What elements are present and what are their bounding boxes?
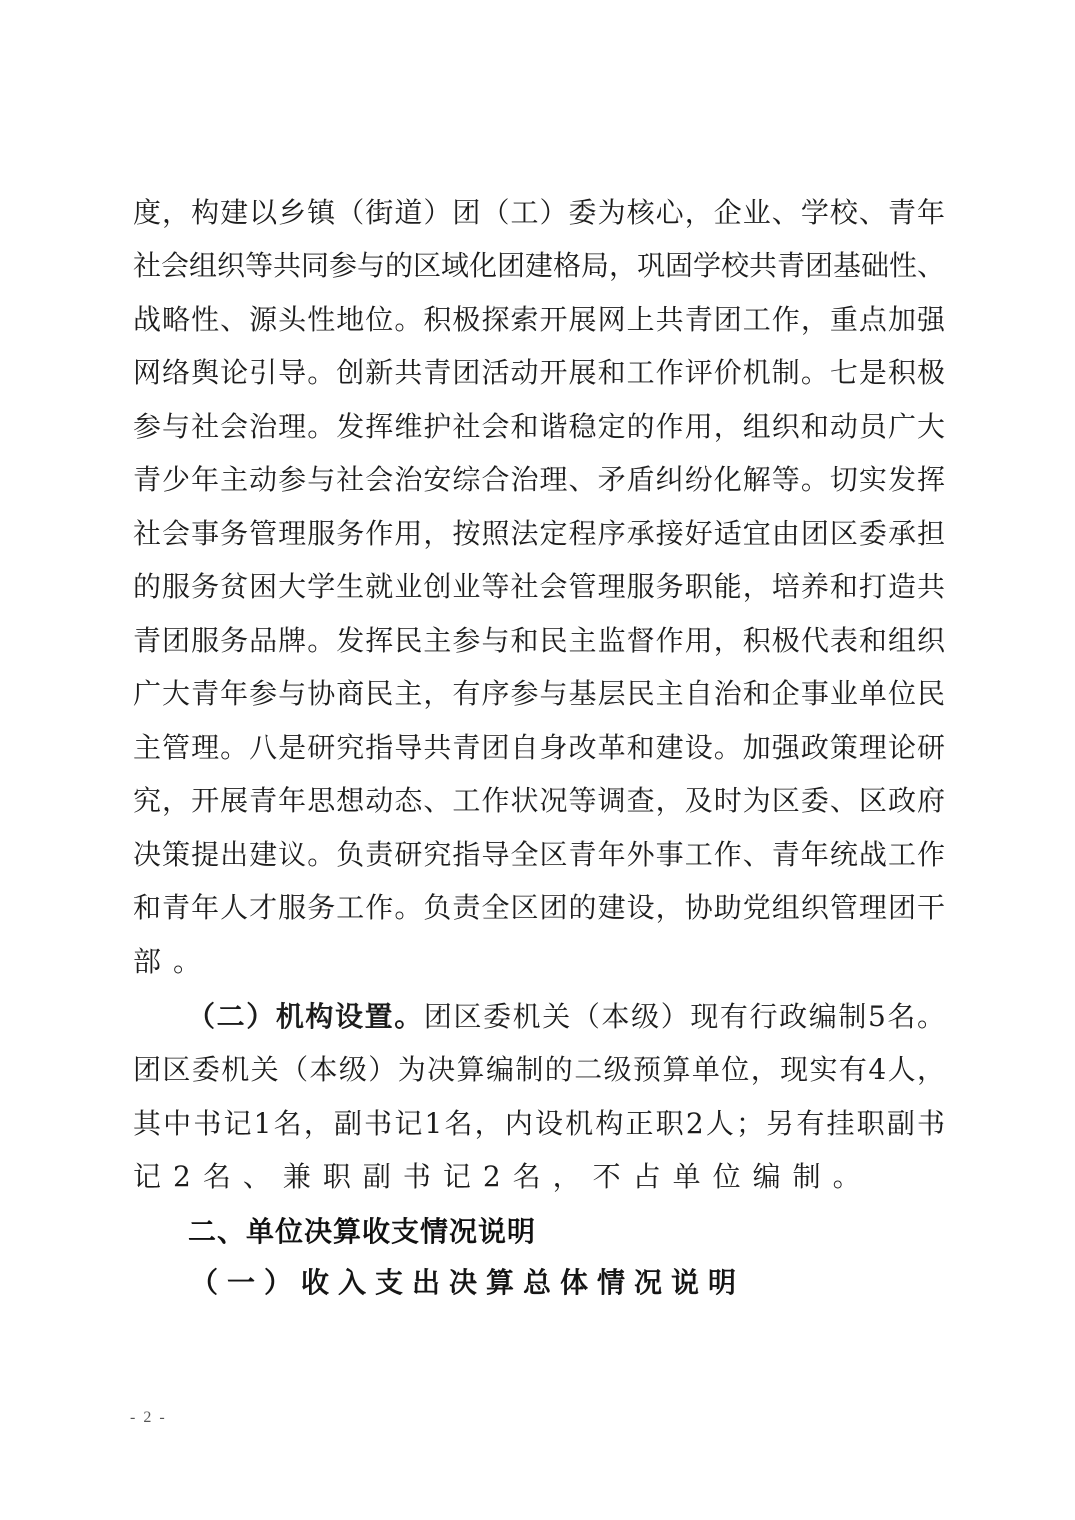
- body-text-line: 战略性、源头性地位。积极探索开展网上共青团工作，重点加强: [133, 300, 945, 340]
- body-text-line: 主管理。八是研究指导共青团自身改革和建设。加强政策理论研: [133, 728, 945, 768]
- page-number: - 2 -: [130, 1406, 167, 1430]
- body-text-line: 广大青年参与协商民主，有序参与基层民主自治和企事业单位民: [133, 674, 945, 714]
- body-text-line: 社会事务管理服务作用，按照法定程序承接好适宜由团区委承担: [133, 514, 945, 554]
- body-text-line: 和青年人才服务工作。负责全区团的建设，协助党组织管理团干: [133, 888, 945, 928]
- subsection-heading: （一）收入支出决算总体情况说明: [190, 1263, 745, 1303]
- body-text-line: 网络舆论引导。创新共青团活动开展和工作评价机制。七是积极: [133, 353, 945, 393]
- body-text-line: 其中书记1名，副书记1名，内设机构正职2人；另有挂职副书: [133, 1104, 945, 1144]
- body-text-line: 青少年主动参与社会治安综合治理、矛盾纠纷化解等。切实发挥: [133, 460, 945, 500]
- institution-setup-lead: （二）机构设置。: [187, 1000, 424, 1033]
- section-heading: 二、单位决算收支情况说明: [188, 1212, 536, 1252]
- body-text-line: 决策提出建议。负责研究指导全区青年外事工作、青年统战工作: [133, 835, 945, 875]
- body-text-line: 度，构建以乡镇（街道）团（工）委为核心，企业、学校、青年: [133, 193, 945, 233]
- body-text-line: 团区委机关（本级）为决算编制的二级预算单位，现实有4人，: [133, 1050, 945, 1090]
- body-text-line: 的服务贫困大学生就业创业等社会管理服务职能，培养和打造共: [133, 567, 945, 607]
- body-text-line: 参与社会治理。发挥维护社会和谐稳定的作用，组织和动员广大: [133, 407, 945, 447]
- document-page: 度，构建以乡镇（街道）团（工）委为核心，企业、学校、青年 社会组织等共同参与的区…: [0, 0, 1075, 1520]
- body-text-line: 社会组织等共同参与的区域化团建格局，巩固学校共青团基础性、: [133, 246, 945, 286]
- body-text-line: 部。: [133, 942, 945, 982]
- body-text-line: 青团服务品牌。发挥民主参与和民主监督作用，积极代表和组织: [133, 621, 945, 661]
- institution-setup-first-line: （二）机构设置。团区委机关（本级）现有行政编制5名。: [187, 997, 945, 1037]
- institution-setup-text: 团区委机关（本级）现有行政编制5名。: [424, 1000, 945, 1033]
- body-text-line: 记2名、兼职副书记2名，不占单位编制。: [133, 1157, 945, 1197]
- body-text-line: 究，开展青年思想动态、工作状况等调查，及时为区委、区政府: [133, 781, 945, 821]
